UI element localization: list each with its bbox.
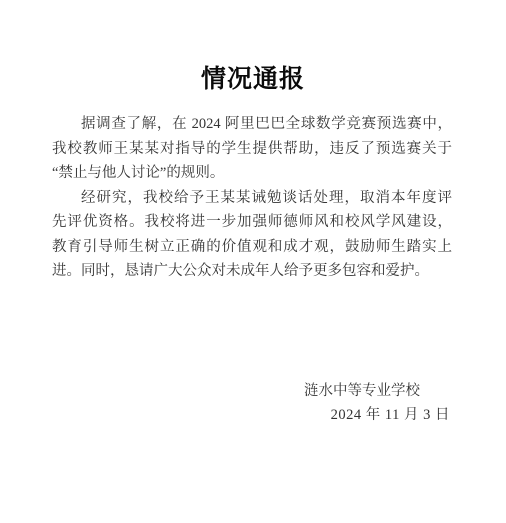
- paragraph-2-line-1: 经研究，我校给予王某某诫勉谈话处理，取消本年度评: [52, 186, 452, 211]
- paragraph-2-line-2: 先评优资格。我校将进一步加强师德师风和校风学风建设，: [52, 210, 452, 235]
- paragraph-1-line-3: “禁止与他人讨论”的规则。: [52, 161, 452, 186]
- paragraph-2-line-4: 进。同时，恳请广大公众对未成年人给予更多包容和爱护。: [52, 259, 452, 284]
- signature-school-name: 涟水中等专业学校: [52, 379, 452, 404]
- notice-body: 据调查了解，在 2024 阿里巴巴全球数学竞赛预选赛中， 我校教师王某某对指导的…: [52, 112, 452, 428]
- signature-date: 2024 年 11 月 3 日: [52, 403, 452, 428]
- paragraph-2-line-3: 教育引导师生树立正确的价值观和成才观，鼓励师生踏实上: [52, 235, 452, 260]
- paragraph-1-line-1: 据调查了解，在 2024 阿里巴巴全球数学竞赛预选赛中，: [52, 112, 452, 137]
- signature-block: 涟水中等专业学校 2024 年 11 月 3 日: [52, 379, 452, 428]
- notice-page: 情况通报 据调查了解，在 2024 阿里巴巴全球数学竞赛预选赛中， 我校教师王某…: [0, 0, 506, 523]
- paragraph-1-line-2: 我校教师王某某对指导的学生提供帮助，违反了预选赛关于: [52, 137, 452, 162]
- notice-title: 情况通报: [0, 64, 506, 94]
